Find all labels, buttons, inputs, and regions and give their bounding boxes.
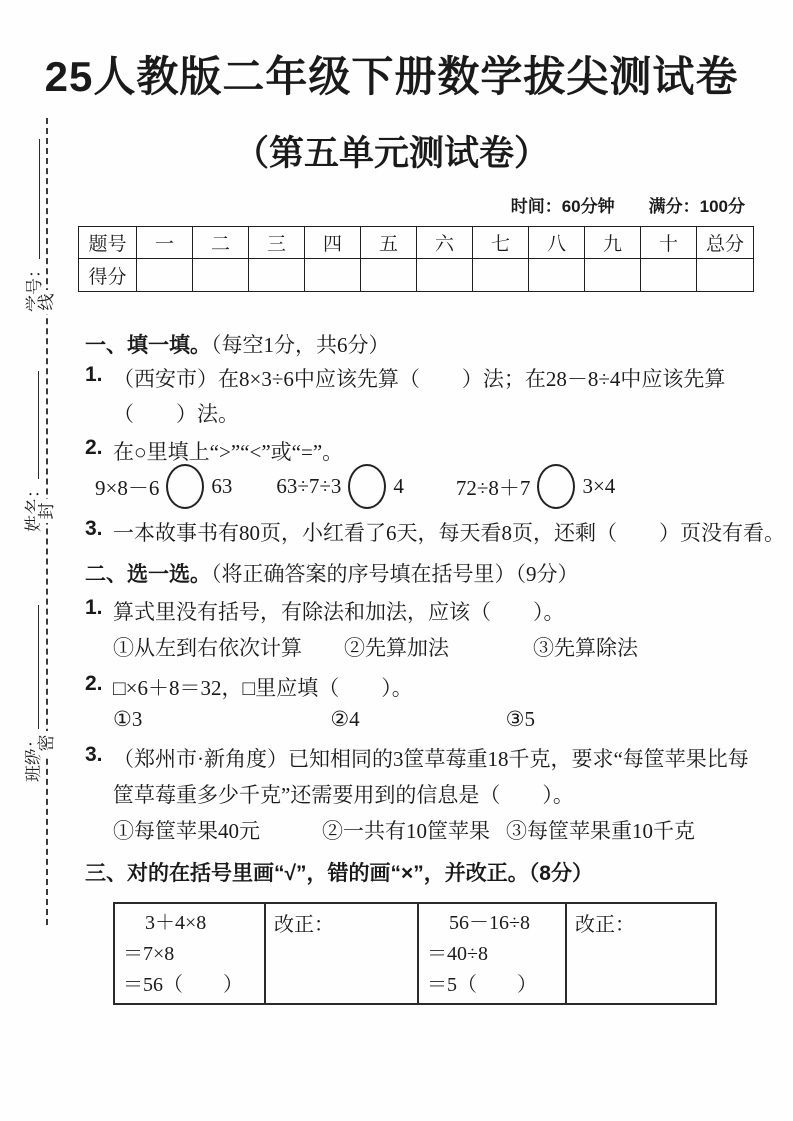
- score-header-cell: 一: [137, 227, 193, 259]
- score-cell: [697, 259, 754, 292]
- score-header-cell: 三: [249, 227, 305, 259]
- score-cell: [361, 259, 417, 292]
- seal-char-feng: 封: [35, 499, 59, 523]
- question-number: 1.: [85, 363, 113, 393]
- correction-table-row: 3＋4×8 ＝7×8 ＝56（ ） 改正： 56－16÷8 ＝40÷8 ＝5（ …: [114, 903, 716, 1004]
- section1-title: 一、填一填。（每空1分，共6分）: [85, 329, 390, 359]
- score-table-score-row: 得分: [79, 259, 754, 292]
- s1-question2: 2. 在○里填上“>”“<”或“=”。: [85, 436, 343, 466]
- expression-right: 63: [211, 474, 232, 499]
- s1-question1-continued: （ ）法。: [113, 398, 239, 428]
- s2-question2-options: ①3 ②4 ③5: [113, 707, 535, 732]
- comparison-item: 63÷7÷3 4: [276, 464, 404, 509]
- expression-right: 3×4: [582, 474, 615, 499]
- score-header-cell: 十: [641, 227, 697, 259]
- score-header-cell: 题号: [79, 227, 137, 259]
- comparison-circle: [537, 464, 575, 509]
- option-1: ①每筐苹果40元: [113, 815, 260, 845]
- question-text: 一本故事书有80页，小红看了6天，每天看8页，还剩（ ）页没有看。: [113, 517, 785, 547]
- class-blank: [24, 605, 39, 729]
- correction-table: 3＋4×8 ＝7×8 ＝56（ ） 改正： 56－16÷8 ＝40÷8 ＝5（ …: [113, 902, 717, 1005]
- score-cell: [249, 259, 305, 292]
- option-1: ①3: [113, 707, 142, 732]
- question-number: 3.: [85, 517, 113, 547]
- score-header-cell: 四: [305, 227, 361, 259]
- section3-title: 三、对的在括号里画“√”，错的画“×”，并改正。（8分）: [85, 857, 593, 887]
- comparison-circle: [166, 464, 204, 509]
- correction-cell-2: 改正：: [566, 903, 716, 1004]
- question-number: 2.: [85, 672, 113, 702]
- calculation-cell-1: 3＋4×8 ＝7×8 ＝56（ ）: [114, 903, 265, 1004]
- s2-question2: 2. □×6＋8＝32，□里应填（ ）。: [85, 672, 413, 702]
- s2-question1: 1. 算式里没有括号，有除法和加法，应该（ ）。: [85, 596, 565, 626]
- question-text: □×6＋8＝32，□里应填（ ）。: [113, 672, 413, 702]
- calc-line: ＝7×8: [123, 939, 258, 970]
- section1-title-text: 一、填一填。: [85, 334, 211, 357]
- option-2: ②先算加法: [344, 632, 449, 662]
- question-number: 3.: [85, 743, 113, 773]
- calc-line: ＝56（ ）: [123, 970, 258, 1001]
- comparison-row: 9×8－6 63 63÷7÷3 4 72÷8＋7 3×4: [95, 464, 615, 509]
- comparison-circle: [348, 464, 386, 509]
- option-3: ③先算除法: [533, 632, 638, 662]
- section2-title: 二、选一选。（将正确答案的序号填在括号里）（9分）: [85, 558, 579, 588]
- comparison-item: 72÷8＋7 3×4: [456, 464, 615, 509]
- question-number: 1.: [85, 596, 113, 626]
- calc-line: 56－16÷8: [427, 908, 559, 939]
- score-header-cell: 八: [529, 227, 585, 259]
- question-number: 2.: [85, 436, 113, 466]
- s2-question3-options: ①每筐苹果40元 ②一共有10筐苹果 ③每筐苹果重10千克: [113, 815, 695, 845]
- score-header-cell: 七: [473, 227, 529, 259]
- option-2: ②4: [330, 707, 359, 732]
- question-text: 在○里填上“>”“<”或“=”。: [113, 436, 343, 466]
- section1-title-note: （每空1分，共6分）: [211, 333, 390, 357]
- score-row-label: 得分: [79, 259, 137, 292]
- score-cell: [305, 259, 361, 292]
- score-header-cell: 二: [193, 227, 249, 259]
- score-cell: [529, 259, 585, 292]
- section2-title-text: 二、选一选。: [85, 563, 211, 586]
- score-cell: [137, 259, 193, 292]
- comparison-item: 9×8－6 63: [95, 464, 232, 509]
- score-table: 题号 一 二 三 四 五 六 七 八 九 十 总分 得分: [78, 226, 754, 292]
- s2-question3-continued: 筐草莓重多少千克”还需要用到的信息是（ ）。: [113, 779, 574, 809]
- option-3: ③每筐苹果重10千克: [506, 815, 695, 845]
- score-header-cell: 总分: [697, 227, 754, 259]
- expression-right: 4: [393, 474, 404, 499]
- score-cell: [641, 259, 697, 292]
- name-blank: [24, 371, 39, 479]
- option-1: ①从左到右依次计算: [113, 632, 302, 662]
- time-and-score-info: 时间：60分钟 满分：100分: [511, 192, 745, 217]
- correction-cell-1: 改正：: [265, 903, 418, 1004]
- question-text: （西安市）在8×3÷6中应该先算（ ）法；在28－8÷4中应该先算: [113, 363, 725, 393]
- expression-left: 72÷8＋7: [456, 472, 531, 502]
- score-header-cell: 五: [361, 227, 417, 259]
- score-header-cell: 九: [585, 227, 641, 259]
- score-cell: [473, 259, 529, 292]
- score-cell: [585, 259, 641, 292]
- page-subtitle: （第五单元测试卷）: [0, 126, 783, 176]
- question-text: （郑州市·新角度）已知相同的3筐草莓重18千克，要求“每筐苹果比每: [113, 743, 749, 773]
- score-cell: [417, 259, 473, 292]
- expression-left: 9×8－6: [95, 472, 159, 502]
- section2-title-note: （将正确答案的序号填在括号里）（9分）: [211, 562, 579, 586]
- seal-char-xian: 线: [35, 290, 59, 314]
- calc-line: ＝40÷8: [427, 939, 559, 970]
- s2-question3: 3. （郑州市·新角度）已知相同的3筐草莓重18千克，要求“每筐苹果比每: [85, 743, 749, 773]
- s1-question3: 3. 一本故事书有80页，小红看了6天，每天看8页，还剩（ ）页没有看。: [85, 517, 785, 547]
- score-header-cell: 六: [417, 227, 473, 259]
- calc-line: ＝5（ ）: [427, 970, 559, 1001]
- calculation-cell-2: 56－16÷8 ＝40÷8 ＝5（ ）: [418, 903, 566, 1004]
- s2-question1-options: ①从左到右依次计算 ②先算加法 ③先算除法: [113, 632, 638, 662]
- s1-question1: 1. （西安市）在8×3÷6中应该先算（ ）法；在28－8÷4中应该先算: [85, 363, 793, 393]
- calc-line: 3＋4×8: [123, 908, 258, 939]
- score-table-header-row: 题号 一 二 三 四 五 六 七 八 九 十 总分: [79, 227, 754, 259]
- test-paper-scan: { "header": { "title": "25人教版二年级下册数学拔尖测试…: [0, 0, 793, 1121]
- score-cell: [193, 259, 249, 292]
- page-title: 25人教版二年级下册数学拔尖测试卷: [0, 44, 783, 104]
- seal-char-mi: 密: [35, 731, 59, 755]
- option-2: ②一共有10筐苹果: [322, 815, 490, 845]
- question-text: 算式里没有括号，有除法和加法，应该（ ）。: [113, 596, 565, 626]
- option-3: ③5: [506, 707, 535, 732]
- expression-left: 63÷7÷3: [276, 474, 341, 499]
